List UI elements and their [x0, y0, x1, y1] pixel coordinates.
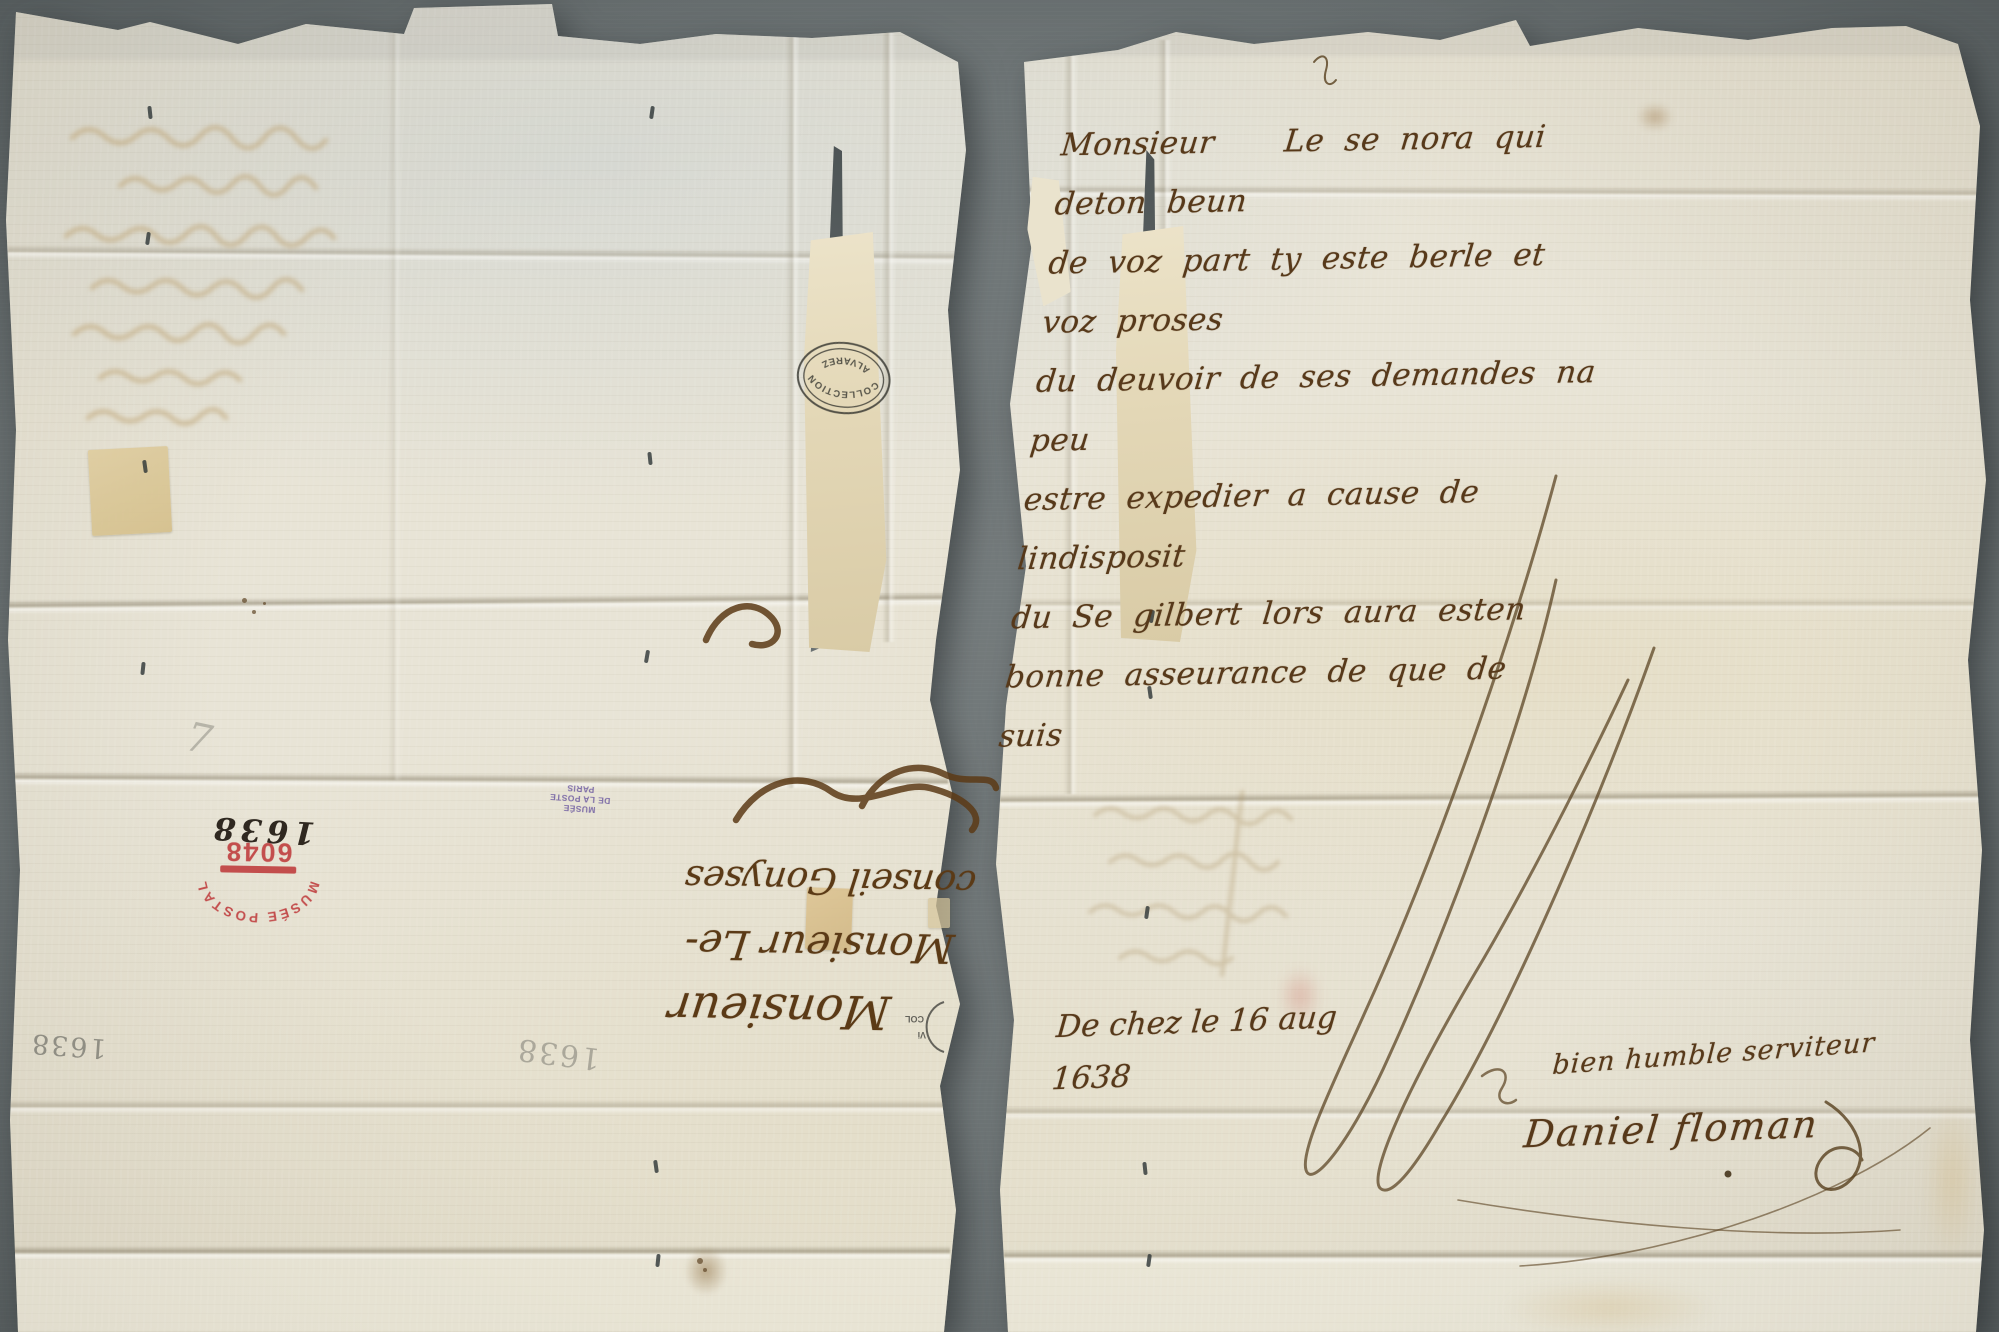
musee-postal-stamp: MUSÉE POSTAL 6048 — [191, 835, 325, 928]
dateline-year: 1638 — [1050, 1043, 1354, 1106]
musee-postal-arc-text: MUSÉE POSTAL — [193, 878, 322, 927]
letter-line: MonsieurLe se nora qui deton beun — [1052, 106, 1634, 234]
tape-patch — [88, 446, 172, 536]
photograph-of-1638-letter: COLLECTION ALVAREZ — [0, 0, 1999, 1332]
ink-speck — [263, 602, 266, 605]
stain — [1500, 1278, 1720, 1332]
letter-line: bonne asseurance de que de suis — [996, 638, 1578, 766]
stain — [1924, 1096, 1980, 1264]
svg-text:COLLECTION: COLLECTION — [804, 371, 882, 404]
letter-line: du deuvoir de ses demandes na peu — [1027, 343, 1609, 471]
ink-speck — [252, 610, 256, 614]
dateline-place: De chez le 16 aug — [1054, 991, 1358, 1054]
dateline: De chez le 16 aug 1638 — [1050, 991, 1359, 1106]
letter-line: de voz part ty este berle et voz proses — [1039, 225, 1621, 353]
pencil-year: 1638 — [29, 1027, 108, 1063]
letter-line: du Se gilbert lors aura esten — [1008, 579, 1584, 648]
svg-text:MUSÉE POSTAL: MUSÉE POSTAL — [193, 878, 322, 927]
musee-de-la-poste-stamp: MUSÉE DE LA POSTE PARIS — [547, 782, 613, 816]
ink-speck — [703, 1268, 707, 1272]
fold-crease — [1000, 789, 1984, 808]
svg-text:ALVAREZ: ALVAREZ — [818, 352, 874, 377]
collection-stamp-bottom-text: ALVAREZ — [818, 352, 874, 377]
partial-stamp-text: Vi — [918, 1030, 926, 1040]
seal-paper-tail — [804, 232, 888, 652]
collection-alvarez-stamp: COLLECTION ALVAREZ — [789, 328, 898, 423]
address-line: Monsieur Le- — [494, 907, 958, 981]
collection-stamp-top-text: COLLECTION — [804, 371, 882, 404]
musee-postal-number: 6048 — [224, 840, 293, 868]
address-line: conseil Gonyses — [502, 841, 980, 915]
top-shade — [1000, 0, 1990, 56]
ink-speck — [697, 1258, 703, 1264]
letter-body: MonsieurLe se nora qui deton beun de voz… — [996, 106, 1634, 766]
letter-line: estre expedier a cause de lindisposit — [1015, 461, 1597, 589]
stain — [1636, 102, 1674, 132]
partial-stamp-text: COL — [905, 1014, 925, 1024]
bottom-fold-band — [1006, 1258, 1984, 1332]
ink-speck — [242, 598, 247, 603]
partial-collection-stamp: COL Vi — [894, 996, 950, 1063]
salutation: Monsieur — [1059, 125, 1216, 164]
